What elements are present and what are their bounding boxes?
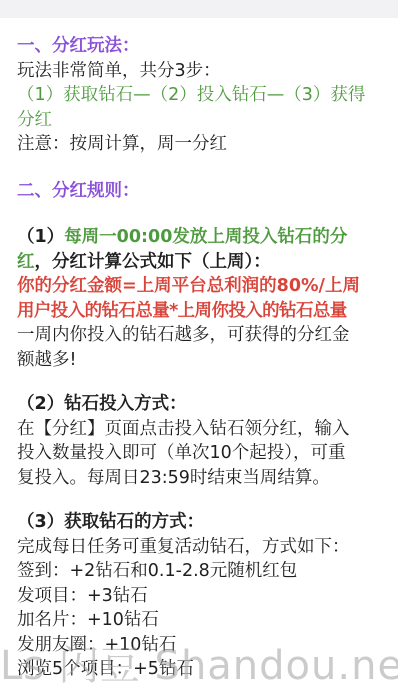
rule-1-prefix: （1）	[17, 227, 64, 247]
rule-2-title: （2）钻石投入方式：	[17, 392, 389, 417]
steps-line-1: （1）获取钻石—（2）投入钻石—（3）获得	[17, 83, 389, 108]
rule-3-title: （3）获取钻石的方式：	[17, 510, 389, 535]
rule-1-green-2: 红	[17, 252, 35, 272]
rule-1-desc-2: 额越多!	[17, 348, 389, 373]
rule-1-black-tail: ，分红计算公式如下（上周）：	[35, 252, 271, 272]
section-1-note: 注意：按周计算，周一分红	[17, 132, 389, 157]
rule-2-line-1: 在【分红】页面点击投入钻石领分红，输入	[17, 417, 389, 442]
rule-1-desc-1: 一周内你投入的钻石越多，可获得的分红金	[17, 323, 389, 348]
rule-3-intro: 完成每日任务可重复活动钻石，方式如下：	[17, 535, 389, 560]
article-content: 一、分红玩法： 玩法非常简单，共分3步： （1）获取钻石—（2）投入钻石—（3）…	[17, 34, 389, 682]
formula-line-1: 你的分红金额=上周平台总利润的80%/上周	[17, 274, 389, 299]
list-item: 发项目：+3钻石	[17, 584, 389, 609]
rule-2-line-2: 投入数量投入即可（单次10个起投），可重	[17, 441, 389, 466]
list-item: 签到：+2钻石和0.1-2.8元随机红包	[17, 559, 389, 584]
section-1-intro: 玩法非常简单，共分3步：	[17, 59, 389, 84]
list-item: 加名片：+10钻石	[17, 608, 389, 633]
steps-line-2: 分红	[17, 108, 389, 133]
list-item: 浏览5个项目：+5钻石	[17, 657, 389, 682]
formula-line-2: 用户投入的钻石总量*上周你投入的钻石总量	[17, 299, 389, 324]
rule-1-line-1: （1）每周一00:00发放上周投入钻石的分	[17, 225, 389, 250]
rule-1-green-1: 每周一00:00发放上周投入钻石的分	[64, 227, 347, 247]
rule-1-line-2: 红，分红计算公式如下（上周）：	[17, 250, 389, 275]
section-2-title: 二、分红规则：	[17, 179, 389, 204]
list-item: 发朋友圈：+10钻石	[17, 633, 389, 658]
section-1-title: 一、分红玩法：	[17, 34, 389, 59]
rule-2-line-3: 复投入。每周日23:59时结束当周结算。	[17, 466, 389, 491]
top-bar	[0, 0, 398, 18]
